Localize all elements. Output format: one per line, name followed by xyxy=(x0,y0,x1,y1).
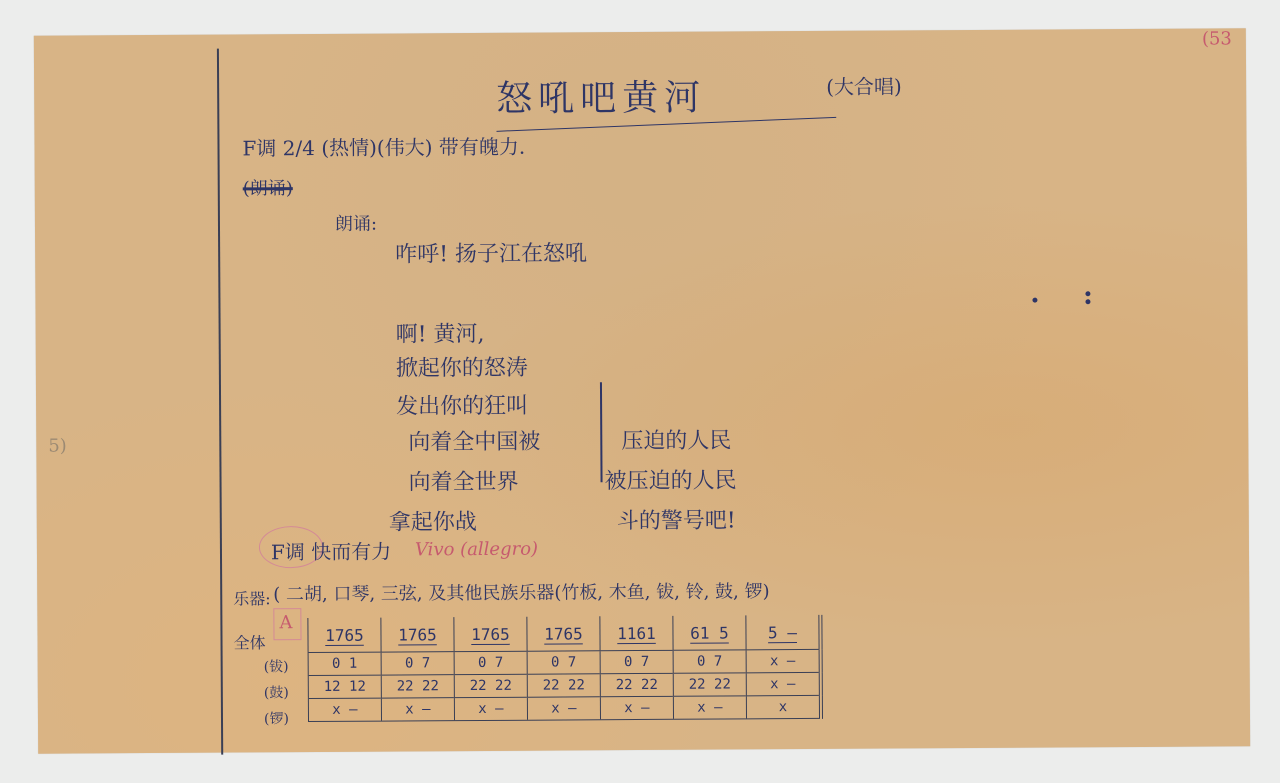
cell: x — xyxy=(600,696,673,719)
measure: 1765 xyxy=(308,618,381,653)
cell: 0 7 xyxy=(381,652,454,675)
measure: 1765 xyxy=(381,617,454,652)
drums-row: 12 12 22 22 22 22 22 22 22 22 22 22 x — xyxy=(308,672,821,698)
measure: 1765 xyxy=(454,617,527,652)
lyric-line: 向着全世界 xyxy=(408,465,518,497)
recitation-label: 朗诵: xyxy=(335,210,377,236)
score-table: 1765 1765 1765 1765 1161 61 5 5 — 0 1 0 … xyxy=(307,615,823,722)
cell: x — xyxy=(381,698,454,721)
brace-mark xyxy=(600,382,603,482)
struck-text: (朗诵) xyxy=(243,174,293,200)
cell: 0 7 xyxy=(454,651,527,674)
cell: 22 22 xyxy=(527,674,600,697)
row-label-gong: (锣) xyxy=(264,708,289,728)
row-label-drums: (鼓) xyxy=(264,682,289,702)
cell: x xyxy=(746,695,821,718)
measure: 1765 xyxy=(527,616,600,651)
ink-spot xyxy=(1085,291,1090,296)
lyric-line: 发出你的狂叫 xyxy=(396,389,528,421)
measure: 5 — xyxy=(746,615,821,650)
key-signature: F调 2/4 (热情)(伟大) 带有魄力. xyxy=(242,131,525,162)
cymbals-row: 0 1 0 7 0 7 0 7 0 7 0 7 x — xyxy=(308,649,821,675)
lyric-line: 被压迫的人民 xyxy=(604,463,736,495)
cell: 22 22 xyxy=(454,674,527,697)
lyric-line: 拿起你战 xyxy=(389,505,477,537)
margin-rule xyxy=(217,49,223,755)
cell: 0 1 xyxy=(308,652,381,675)
gong-row: x — x — x — x — x — x — x xyxy=(308,695,821,721)
tempo-marking: F调 快而有力 xyxy=(271,536,391,566)
measure: 1161 xyxy=(600,616,673,651)
cell: x — xyxy=(673,696,746,719)
pencil-margin-note: 5) xyxy=(48,436,67,457)
cell: x — xyxy=(527,697,600,720)
cell: x — xyxy=(746,649,821,672)
row-label-cymbals: (钹) xyxy=(264,656,289,676)
cell: 22 22 xyxy=(381,675,454,698)
cell: x — xyxy=(746,672,821,695)
ink-spot xyxy=(1032,298,1037,303)
cell: 0 7 xyxy=(673,650,746,673)
lyric-line: 向着全中国被 xyxy=(408,425,540,457)
lyric-line: 掀起你的怒涛 xyxy=(396,351,528,383)
ink-spot xyxy=(1085,299,1090,304)
measure: 61 5 xyxy=(673,615,746,650)
cell: x — xyxy=(454,697,527,720)
cell: 0 7 xyxy=(600,650,673,673)
page-number: (53 xyxy=(1202,28,1232,49)
lyric-line: 咋呼! 扬子江在怒吼 xyxy=(395,236,587,268)
instrument-label: 乐器: xyxy=(233,586,271,609)
rehearsal-mark: A xyxy=(279,612,292,633)
manuscript-page: (53 5) 怒吼吧黄河 (大合唱) F调 2/4 (热情)(伟大) 带有魄力.… xyxy=(34,28,1250,753)
lyric-line: 啊! 黄河, xyxy=(396,317,485,349)
lyric-line: 斗的警号吧! xyxy=(617,503,736,535)
instrument-list: ( 二胡, 口琴, 三弦, 及其他民族乐器(竹板, 木鱼, 钹, 铃, 鼓, 锣… xyxy=(273,577,769,606)
cell: 22 22 xyxy=(673,673,746,696)
page-title: 怒吼吧黄河 xyxy=(496,70,706,122)
lyric-line: 压迫的人民 xyxy=(621,423,731,455)
cell: 0 7 xyxy=(527,651,600,674)
cell: 22 22 xyxy=(600,673,673,696)
subtitle: (大合唱) xyxy=(826,70,902,99)
cell: x — xyxy=(308,698,381,721)
melody-row: 1765 1765 1765 1765 1161 61 5 5 — xyxy=(308,615,821,653)
tutti-label: 全体 xyxy=(233,630,265,653)
tempo-italian: Vivo (allegro) xyxy=(415,539,538,561)
cell: 12 12 xyxy=(308,675,381,698)
